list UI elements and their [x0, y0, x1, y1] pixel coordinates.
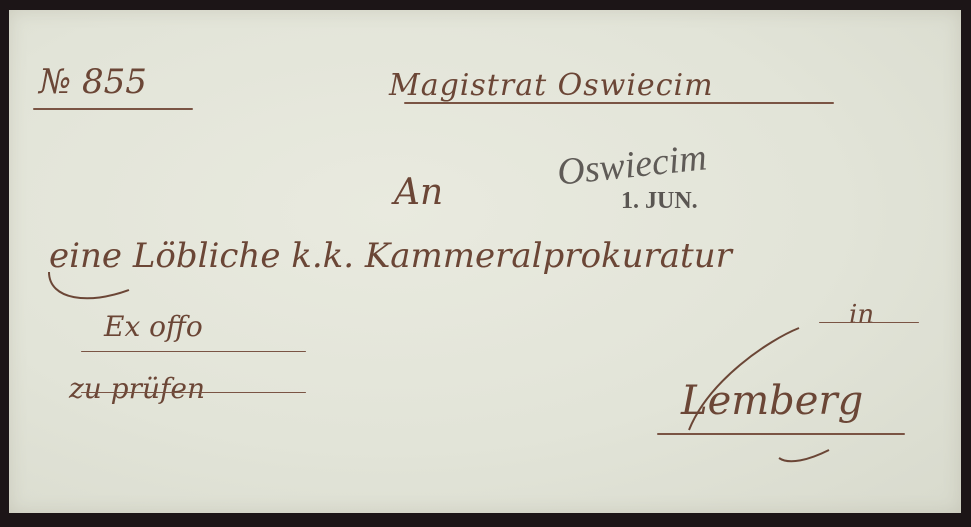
pen-flourishes: [9, 10, 961, 513]
letter-cover: № 855 Magistrat Oswiecim Oswiecim 1. JUN…: [9, 10, 961, 513]
